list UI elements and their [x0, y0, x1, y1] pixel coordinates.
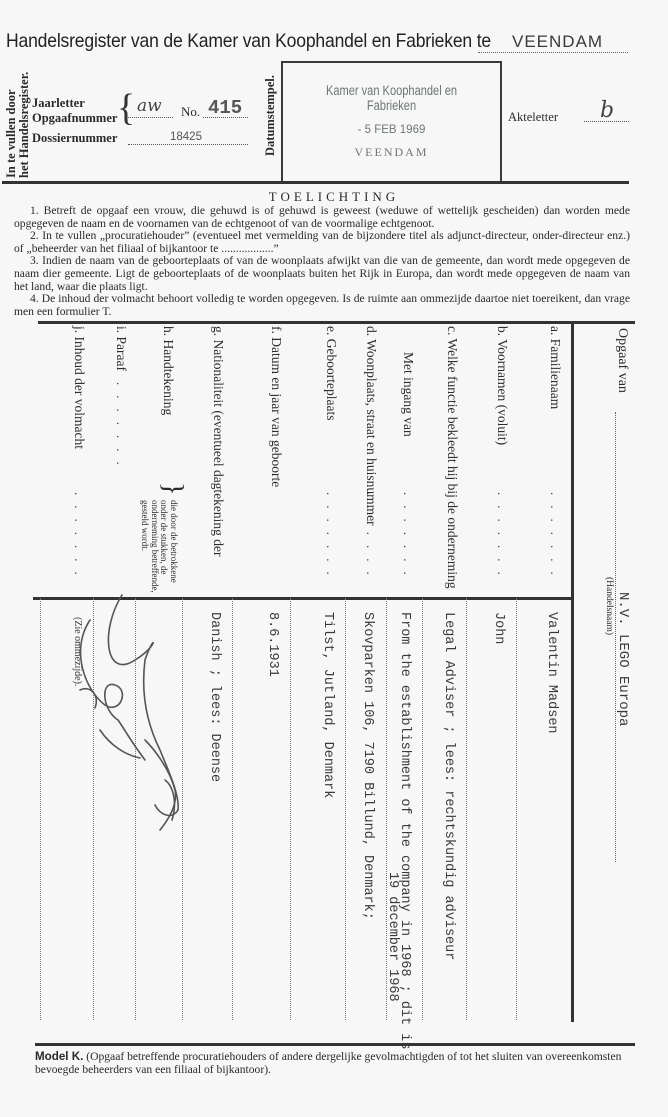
opgaaf-sublabel: (Handelsnaam) — [604, 577, 614, 635]
form-row-value: Tilst, Jutland, Denmark — [320, 612, 335, 798]
note-4: 4. De inhoud der volmacht behoort volled… — [14, 293, 630, 318]
opgaaf-strip: Opgaaf van N.V. LEGO Europa (Handelsnaam… — [573, 322, 668, 1020]
signature-image — [60, 590, 200, 840]
opgaaf-label: Opgaaf van — [614, 328, 630, 393]
signature-note: die door de betrokkene onder de stukken,… — [140, 500, 178, 598]
city-value: VEENDAM — [512, 32, 603, 52]
akteletter-value: b — [600, 98, 614, 123]
form-row-label: c. Welke functie bekleedt hij bij de ond… — [444, 326, 460, 589]
leader-dots: ....... — [400, 492, 416, 585]
row-separator — [40, 598, 41, 1020]
toelichting-heading: TOELICHTING — [0, 189, 668, 205]
side-label-line2: het Handelsregister. — [18, 72, 31, 178]
akteletter-label: Akteletter — [508, 110, 558, 125]
stamp-city: VEENDAM — [283, 145, 500, 160]
form-row-label: e. Geboorteplaats — [323, 326, 339, 420]
form-row-label: h. Handtekening — [160, 326, 176, 415]
form-row: f. Datum en jaar van geboorte8.6.1931 — [232, 322, 290, 1020]
row-separator — [386, 598, 387, 1020]
jaarletter-value: aw — [137, 96, 162, 116]
opgaaf-value: N.V. LEGO Europa — [615, 592, 631, 726]
number-value: 415 — [208, 97, 242, 119]
form-row-value: Skovparken 106, 7190 Billund, Denmark; — [360, 612, 375, 920]
stamp-line1: Kamer van Koophandel en Fabrieken — [303, 83, 481, 113]
page-title: Handelsregister van de Kamer van Koophan… — [6, 30, 491, 53]
form-row-value: 8.6.1931 — [265, 612, 280, 677]
row-separator — [290, 598, 291, 1020]
stamp-date: - 5 FEB 1969 — [283, 124, 500, 136]
form-row: a. FamilienaamValentin Madsen....... — [516, 322, 569, 1020]
header-divider — [2, 181, 629, 184]
form-row-label: Met ingang van — [400, 352, 416, 437]
form-row-value: Legal Adviser ; lees: rechtskundig advis… — [441, 612, 456, 960]
form-row-label: g. Nationaliteit (eventueel dagtekening … — [210, 326, 226, 557]
dossiernummer-label: Dossiernummer — [32, 131, 117, 146]
toelichting-notes: 1. Betreft de opgaaf een vrouw, die gehu… — [14, 205, 630, 318]
form-row: d. Woonplaats, straat en huisnummerSkovp… — [345, 322, 385, 1020]
form-row-label: j. Inhoud der volmacht — [71, 326, 87, 449]
datumstempel-label: Datumstempel. — [264, 75, 277, 156]
dossiernummer-value: 18425 — [170, 131, 202, 143]
row-separator — [232, 598, 233, 1020]
form-row-label: f. Datum en jaar van geboorte — [268, 326, 284, 487]
form-row-value: Danish ; lees: Deense — [207, 612, 222, 782]
form-row-value-continued: 19 december 1968 — [385, 872, 400, 1002]
row-separator — [516, 598, 517, 1020]
date-stamp-box: Kamer van Koophandel en Fabrieken - 5 FE… — [281, 61, 502, 183]
model-description: (Opgaaf betreffende procuratiehouders of… — [35, 1050, 621, 1076]
form-bottom-border — [35, 1043, 635, 1046]
jaarletter-label: Jaarletter — [32, 96, 85, 111]
opgaafnummer-label: Opgaafnummer — [32, 111, 117, 126]
form-row-label: i. Paraaf — [113, 326, 129, 371]
footer-note: Model K. (Opgaaf betreffende procuratieh… — [35, 1050, 633, 1076]
form-row: b. Voornamen (voluit)John....... — [466, 322, 516, 1020]
form-row-label: b. Voornamen (voluit) — [494, 326, 510, 445]
form-row: e. GeboorteplaatsTilst, Jutland, Denmark… — [290, 322, 345, 1020]
row-separator — [345, 598, 346, 1020]
form-row: c. Welke functie bekleedt hij bij de ond… — [422, 322, 466, 1020]
leader-dots: ....... — [494, 492, 510, 585]
leader-dots: ....... — [71, 492, 87, 585]
leader-dots: ....... — [547, 492, 563, 585]
note-2: 2. In te vullen „procuratiehouder” (even… — [14, 230, 630, 255]
form-row: Met ingang vanFrom the establishment of … — [386, 322, 422, 1020]
leader-dots: ....... — [113, 382, 129, 475]
side-label: In te vullen door het Handelsregister. — [5, 72, 31, 178]
leader-dots: ....... — [323, 492, 339, 585]
row-separator — [422, 598, 423, 1020]
form-row-value: Valentin Madsen — [544, 612, 559, 734]
row-separator — [466, 598, 467, 1020]
note-1: 1. Betreft de opgaaf een vrouw, die gehu… — [14, 205, 630, 230]
brace: } — [156, 482, 188, 495]
note-3: 3. Indien de naam van de geboorteplaats … — [14, 255, 630, 293]
form-row-label: a. Familienaam — [547, 326, 563, 409]
number-label: No. — [181, 104, 200, 120]
form-row-value: John — [491, 612, 506, 644]
leader-dots: ....... — [363, 492, 379, 585]
model-label: Model K. — [35, 1050, 83, 1063]
